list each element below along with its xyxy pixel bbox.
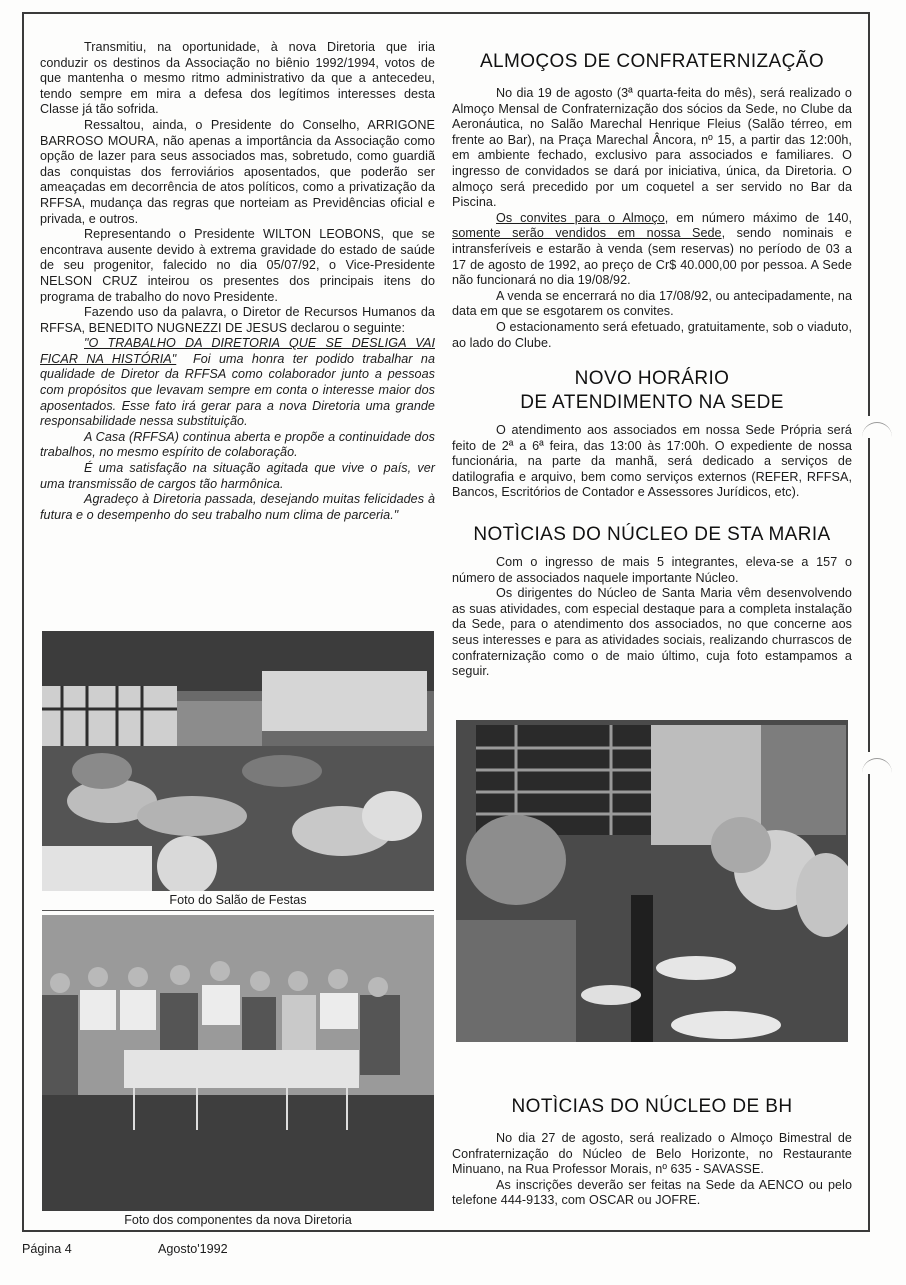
quote-paragraph: Agradeço à Diretoria passada, desejando … [40, 492, 435, 523]
paragraph: Com o ingresso de mais 5 integrantes, el… [452, 555, 852, 586]
paragraph: O atendimento aos associados em nossa Se… [452, 423, 852, 501]
page-number: Página 4 [22, 1242, 72, 1256]
paragraph: Transmitiu, na oportunidade, à nova Dire… [40, 40, 435, 118]
photo-salao-de-festas [42, 631, 434, 891]
board-members-image [42, 915, 434, 1211]
banquet-hall-image [42, 631, 434, 891]
left-column-article: Transmitiu, na oportunidade, à nova Dire… [40, 40, 435, 523]
section-title-sta-maria: NOTÌCIAS DO NÚCLEO DE STA MARIA [452, 523, 852, 547]
paragraph: Ressaltou, ainda, o Presidente do Consel… [40, 118, 435, 227]
photo-nova-diretoria [42, 915, 434, 1211]
divider [42, 910, 434, 911]
paragraph: As inscrições deverão ser feitas na Sede… [452, 1178, 852, 1209]
section-bh: NOTÌCIAS DO NÚCLEO DE BH No dia 27 de ag… [452, 1095, 852, 1209]
section-title-bh: NOTÌCIAS DO NÚCLEO DE BH [452, 1095, 852, 1119]
issue-date: Agosto'1992 [158, 1242, 228, 1256]
paragraph: Fazendo uso da palavra, o Diretor de Rec… [40, 305, 435, 336]
quote-paragraph: "O TRABALHO DA DIRETORIA QUE SE DESLIGA … [40, 336, 435, 430]
section-title-almocos: ALMOÇOS DE CONFRATERNIZAÇÃO [452, 50, 852, 74]
paragraph: No dia 27 de agosto, será realizado o Al… [452, 1131, 852, 1178]
photo-caption: Foto do Salão de Festas [42, 893, 434, 907]
quote-paragraph: A Casa (RFFSA) continua aberta e propõe … [40, 430, 435, 461]
quote-paragraph: É uma satisfação na situação agitada que… [40, 461, 435, 492]
paragraph: A venda se encerrará no dia 17/08/92, ou… [452, 289, 852, 320]
paragraph: No dia 19 de agosto (3ª quarta-feita do … [452, 86, 852, 211]
paragraph: O estacionamento será efetuado, gratuita… [452, 320, 852, 351]
punch-hole [862, 416, 892, 438]
section-title-horario: NOVO HORÁRIODE ATENDIMENTO NA SEDE [452, 367, 852, 415]
paragraph: Os convites para o Almoço, em número máx… [452, 211, 852, 289]
dinner-table-image [456, 720, 848, 1042]
paragraph: Representando o Presidente WILTON LEOBON… [40, 227, 435, 305]
right-column: ALMOÇOS DE CONFRATERNIZAÇÃO No dia 19 de… [452, 50, 852, 680]
photo-caption: Foto dos componentes da nova Diretoria [42, 1213, 434, 1227]
paragraph: Os dirigentes do Núcleo de Santa Maria v… [452, 586, 852, 680]
punch-hole [862, 752, 892, 774]
photo-churrasco-sta-maria [456, 720, 848, 1042]
